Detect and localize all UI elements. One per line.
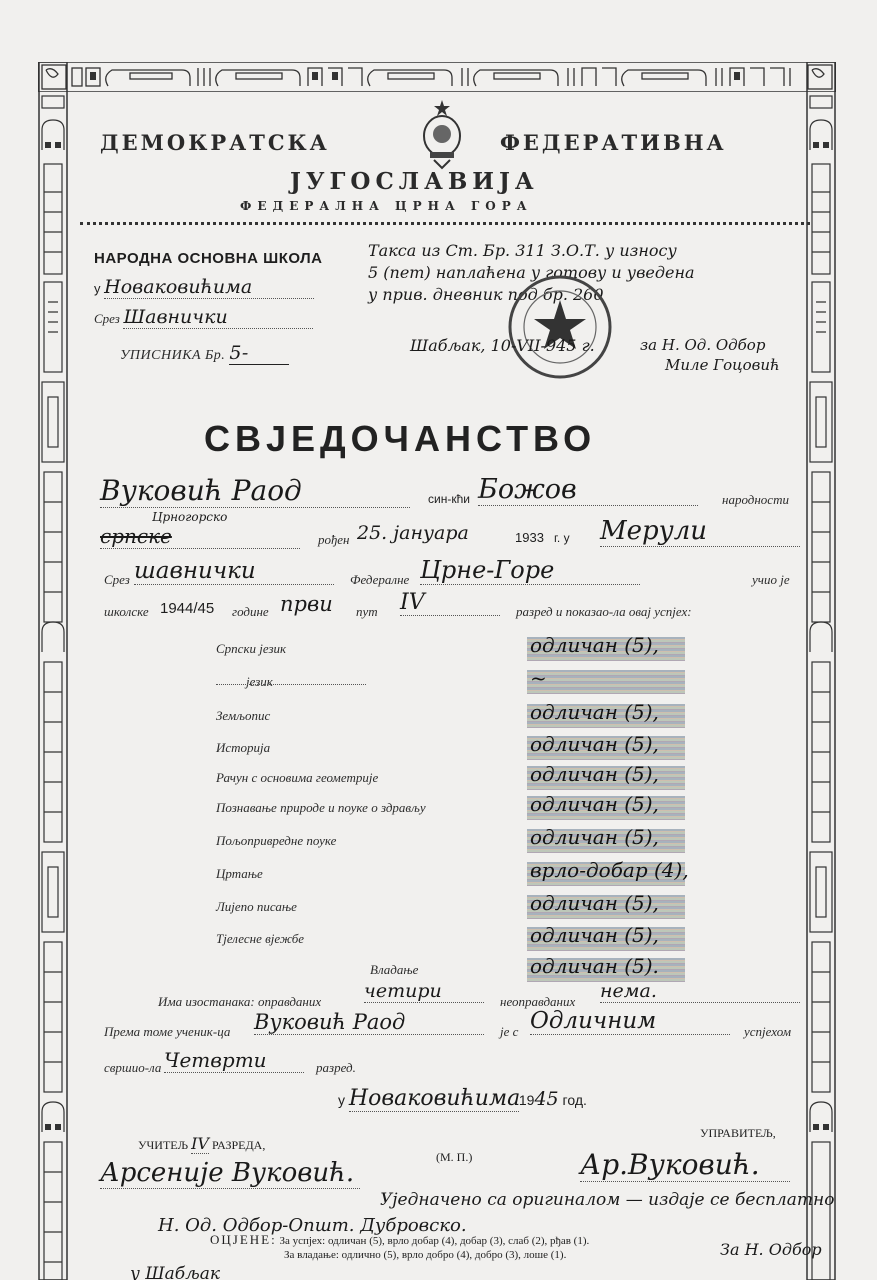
federal-unit: Црне-Горе	[420, 556, 640, 585]
grade-class: IV	[400, 590, 500, 616]
subject-grade: врло-добар (4),	[530, 858, 689, 882]
absences-unjustified: нема.	[600, 980, 800, 1003]
student-district: шавнички	[134, 558, 334, 585]
star-seal-stamp-icon	[505, 272, 615, 382]
subject-name: Српски језик	[216, 641, 286, 657]
school-year-label: школске	[104, 604, 149, 620]
issued-year: 45	[534, 1088, 558, 1110]
header-federative: ФЕДЕРАТИВНА	[500, 130, 727, 155]
attempt-time: први	[280, 592, 333, 616]
subject-grade: одличан (5),	[530, 732, 659, 756]
time-label: пут	[356, 604, 378, 620]
subject-name: Пољопривредне поуке	[216, 833, 336, 849]
born-place: Мерули	[600, 516, 800, 547]
district-label: Срез	[104, 572, 130, 588]
tax-note-place-date: Шабљак, 10-VII-945 г.	[410, 336, 510, 356]
register-number: 5-	[229, 342, 289, 365]
subject-grade: одличан (5),	[530, 762, 659, 786]
tax-note-line1: Такса из Ст. Бр. 311 З.О.Т. у износу	[368, 240, 695, 262]
school-title: НАРОДНА ОСНОВНА ШКОЛА	[94, 250, 323, 267]
grade-highlight	[527, 670, 685, 694]
tax-note-signature: Миле Гоцовић	[665, 356, 780, 374]
teacher-label-pre: УЧИТЕЉ	[138, 1138, 188, 1152]
header-montenegro: ФЕДЕРАЛНА ЦРНА ГОРА	[240, 199, 533, 213]
coat-of-arms-icon	[418, 98, 466, 170]
annotation-line3: За Н. Одбор	[720, 1240, 822, 1259]
register-label: УПИСНИКА Бр.	[120, 348, 225, 363]
subject-name: Цртање	[216, 866, 263, 882]
issued-suffix: год.	[563, 1092, 587, 1108]
teacher-label-post: РАЗРЕДА,	[212, 1138, 265, 1152]
son-daughter-label: син-кћи	[428, 492, 470, 506]
subject-grade: одличан (5),	[530, 633, 659, 657]
header-yugoslavia: ЈУГОСЛАВИЈА	[290, 168, 539, 195]
result-mid: је с	[500, 1024, 518, 1040]
tax-note-signoff: за Н. Од. Одбор	[640, 336, 765, 354]
school-district-row: Срез Шавнички	[94, 306, 313, 329]
subject-name: Владање	[370, 962, 418, 978]
subject-name: Историја	[216, 740, 270, 756]
principal-signature: Ар.Вуковић.	[580, 1148, 790, 1182]
nationality-label: народности	[722, 492, 789, 508]
subject-name: Рачун с основима геометрије	[216, 770, 378, 786]
register-row: УПИСНИКА Бр. 5-	[120, 342, 289, 365]
year-place-label: г. у	[554, 531, 570, 545]
annotation-line4: у Шабљак	[130, 1264, 220, 1280]
subject-grade: одличан (5),	[530, 891, 659, 915]
subject-name: Лијепо писање	[216, 899, 297, 915]
father-name: Божов	[478, 474, 698, 506]
ornamental-border-right	[806, 62, 836, 1280]
school-year: 1944/45	[160, 600, 214, 617]
ornamental-border-top	[38, 62, 836, 92]
school-place-row: у Новаковићима	[94, 276, 314, 299]
teacher-label: УЧИТЕЉ IV РАЗРЕДА,	[138, 1134, 265, 1153]
ornamental-border-left	[38, 62, 68, 1280]
finished-label: свршио-ла	[104, 1060, 161, 1076]
federal-label: Федералне	[350, 572, 409, 588]
success-label: успјехом	[744, 1024, 791, 1040]
subject-name: Земљопис	[216, 708, 270, 724]
student-name: Вуковић Раод	[100, 474, 410, 508]
principal-label: УПРАВИТЕЉ,	[700, 1126, 776, 1141]
result-prefix: Према томе ученик-ца	[104, 1024, 230, 1040]
annotation-line1: Уједначено са оригиналом — издаје се бес…	[380, 1190, 834, 1210]
subject-grade: одличан (5),	[530, 825, 659, 849]
issued-prefix: у	[338, 1092, 345, 1108]
subject-grade: одличан (5),	[530, 792, 659, 816]
absences-label: Има изостанака: оправданих	[158, 994, 321, 1010]
class-label: разред и показао-ла овај успјех:	[516, 604, 692, 620]
header-divider	[80, 222, 810, 225]
document-title: СВЈЕДОЧАНСТВО	[204, 418, 596, 460]
issued-place: Новаковићима	[349, 1086, 519, 1112]
finished-class: Четврти	[164, 1048, 304, 1073]
learned-label: учио је	[752, 572, 790, 588]
grading-key-success: За успјех: одличан (5), врло добар (4), …	[279, 1235, 589, 1247]
certificate-page: ДЕМОКРАТСКА ФЕДЕРАТИВНА ЈУГОСЛАВИЈА ФЕДЕ…	[0, 0, 877, 1280]
result-success: Одличним	[530, 1008, 730, 1035]
grading-key-label: ОЦЈЕНЕ:	[210, 1232, 277, 1247]
subject-name: Познавање природе и поуке о здрављу	[216, 800, 426, 816]
seal-placeholder: (М. П.)	[436, 1150, 472, 1165]
grading-key-success-row: ОЦЈЕНЕ: За успјех: одличан (5), врло доб…	[210, 1232, 589, 1248]
born-date: 25. јануара	[357, 522, 469, 544]
subject-language-blank	[216, 684, 366, 685]
school-district: Шавнички	[123, 306, 313, 329]
nationality: српске	[100, 524, 300, 549]
result-student: Вуковић Раод	[254, 1010, 484, 1035]
nationality-correction: Црногорско	[152, 510, 227, 524]
teacher-class: IV	[191, 1134, 209, 1154]
school-district-label: Срез	[94, 311, 120, 326]
subject-name: Тјелесне вјежбе	[216, 931, 304, 947]
subject-grade: ~	[530, 666, 547, 690]
subject-name: језик	[246, 674, 273, 690]
subject-grade: одличан (5),	[530, 923, 659, 947]
school-place: Новаковићима	[104, 276, 314, 299]
teacher-signature: Арсеније Вуковић.	[100, 1158, 360, 1189]
absences-justified: четири	[364, 980, 484, 1003]
header-democratic: ДЕМОКРАТСКА	[100, 130, 330, 155]
born-year: 1933	[515, 530, 544, 545]
issued-row: у Новаковићима1945 год.	[338, 1086, 587, 1112]
subject-grade: одличан (5).	[530, 954, 659, 978]
grading-key-conduct: За владање: одлично (5), врло добро (4),…	[284, 1249, 566, 1261]
subject-grade: одличан (5),	[530, 700, 659, 724]
born-label: рођен	[318, 532, 349, 548]
issued-year-prefix: 19	[519, 1092, 535, 1108]
year-label: године	[232, 604, 269, 620]
finished-class-label: разред.	[316, 1060, 356, 1076]
school-place-prefix: у	[94, 281, 101, 296]
